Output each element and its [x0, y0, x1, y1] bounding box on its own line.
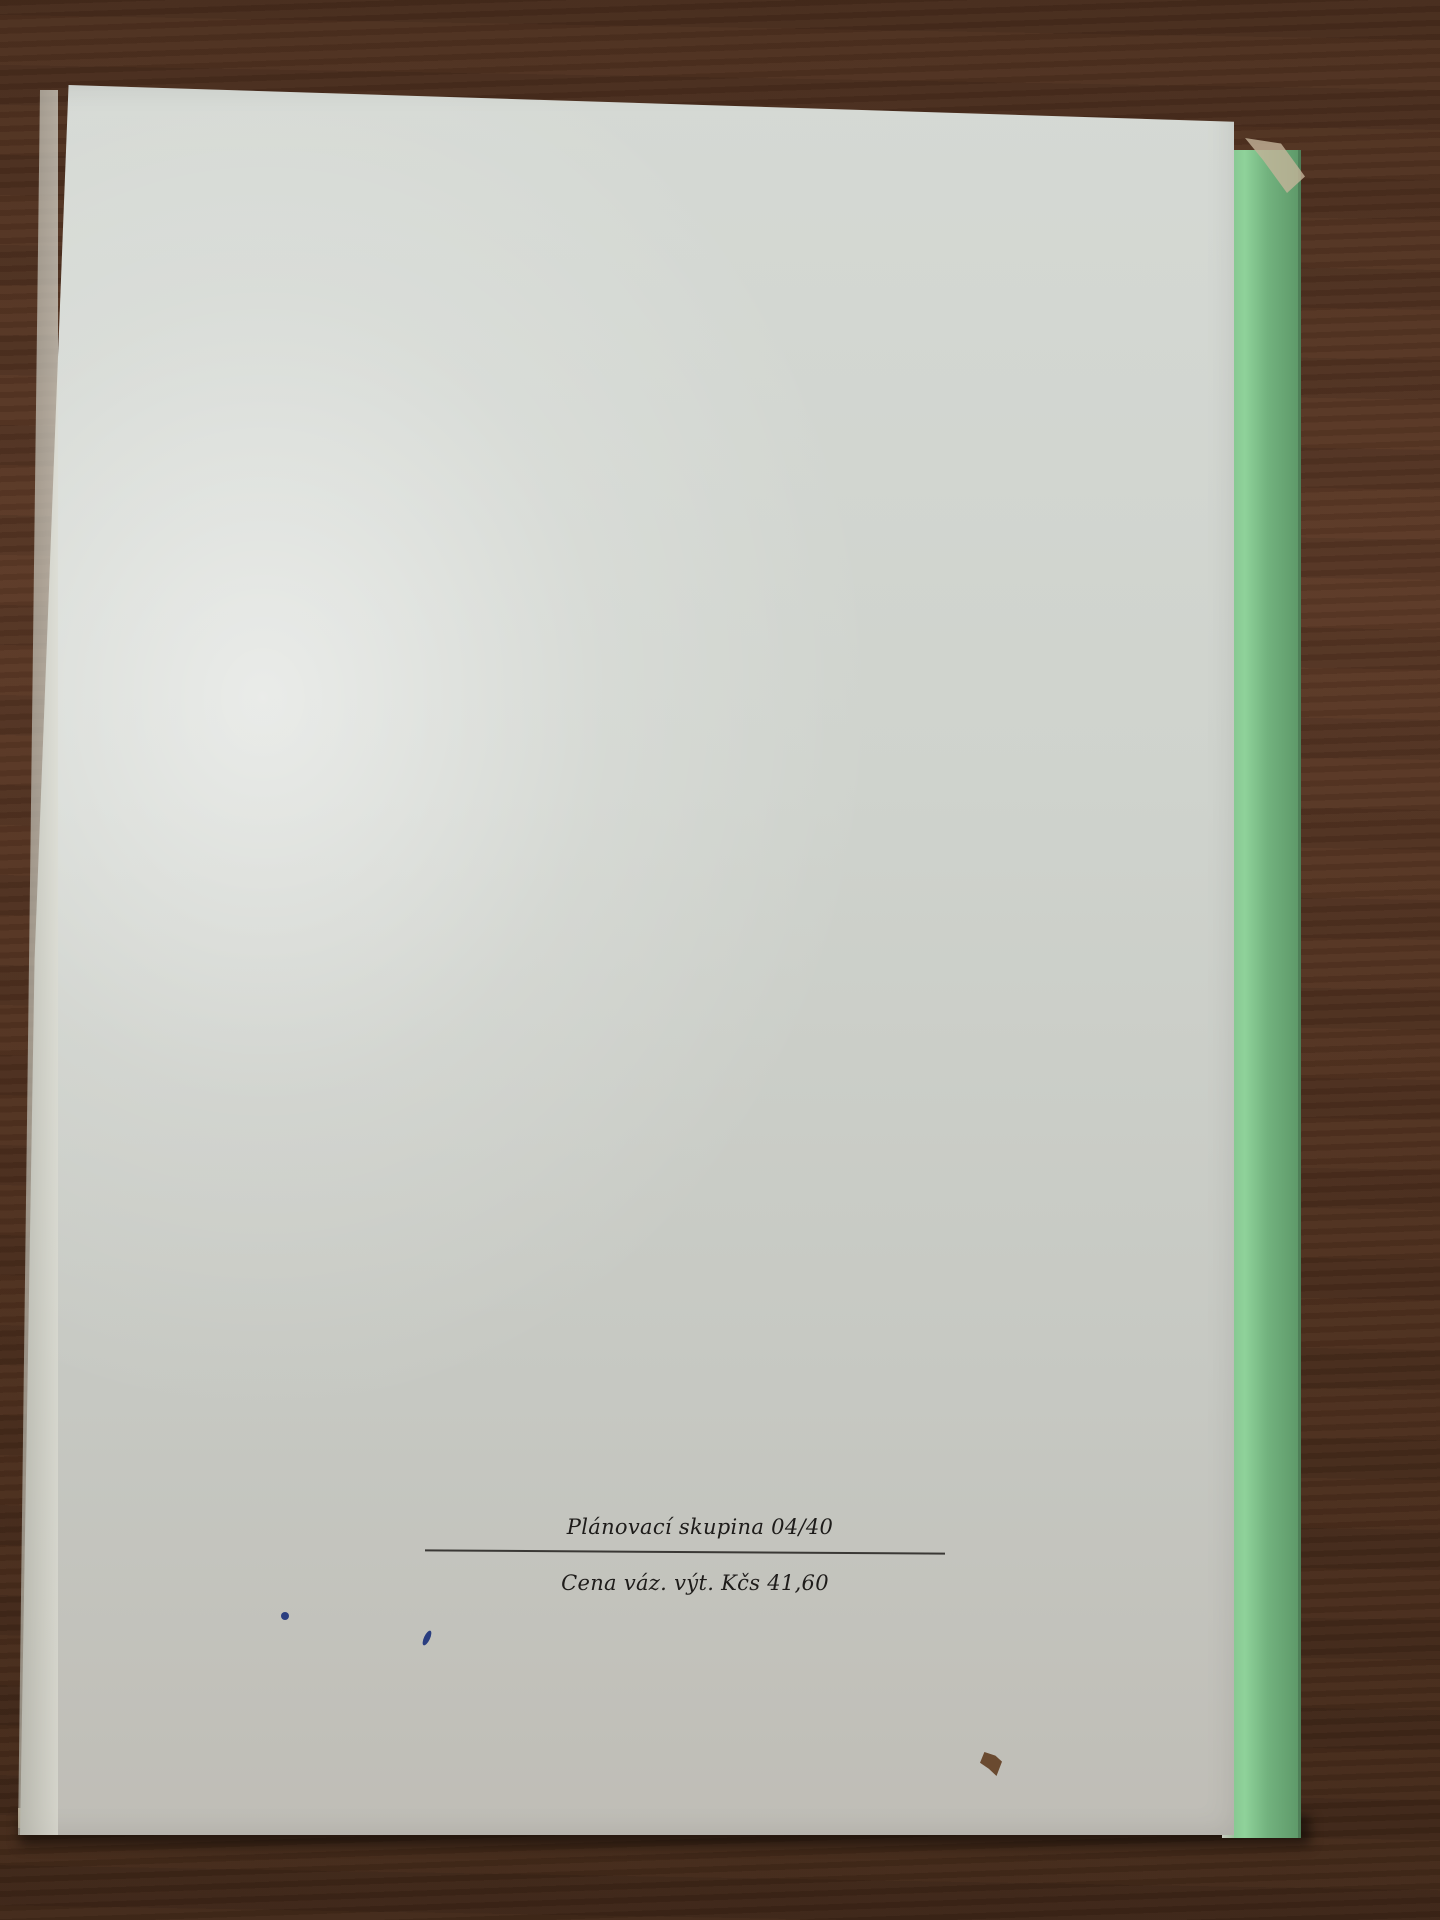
imprint-block: Plánovací skupina 04/40 Cena váz. výt. K…	[425, 1515, 945, 1595]
ink-mark	[281, 1612, 289, 1620]
price-text: Cena váz. výt. Kčs 41,60	[425, 1571, 945, 1595]
cover-left-edge	[18, 90, 58, 1835]
imprint-divider	[425, 1549, 945, 1554]
planning-group-text: Plánovací skupina 04/40	[425, 1515, 945, 1539]
